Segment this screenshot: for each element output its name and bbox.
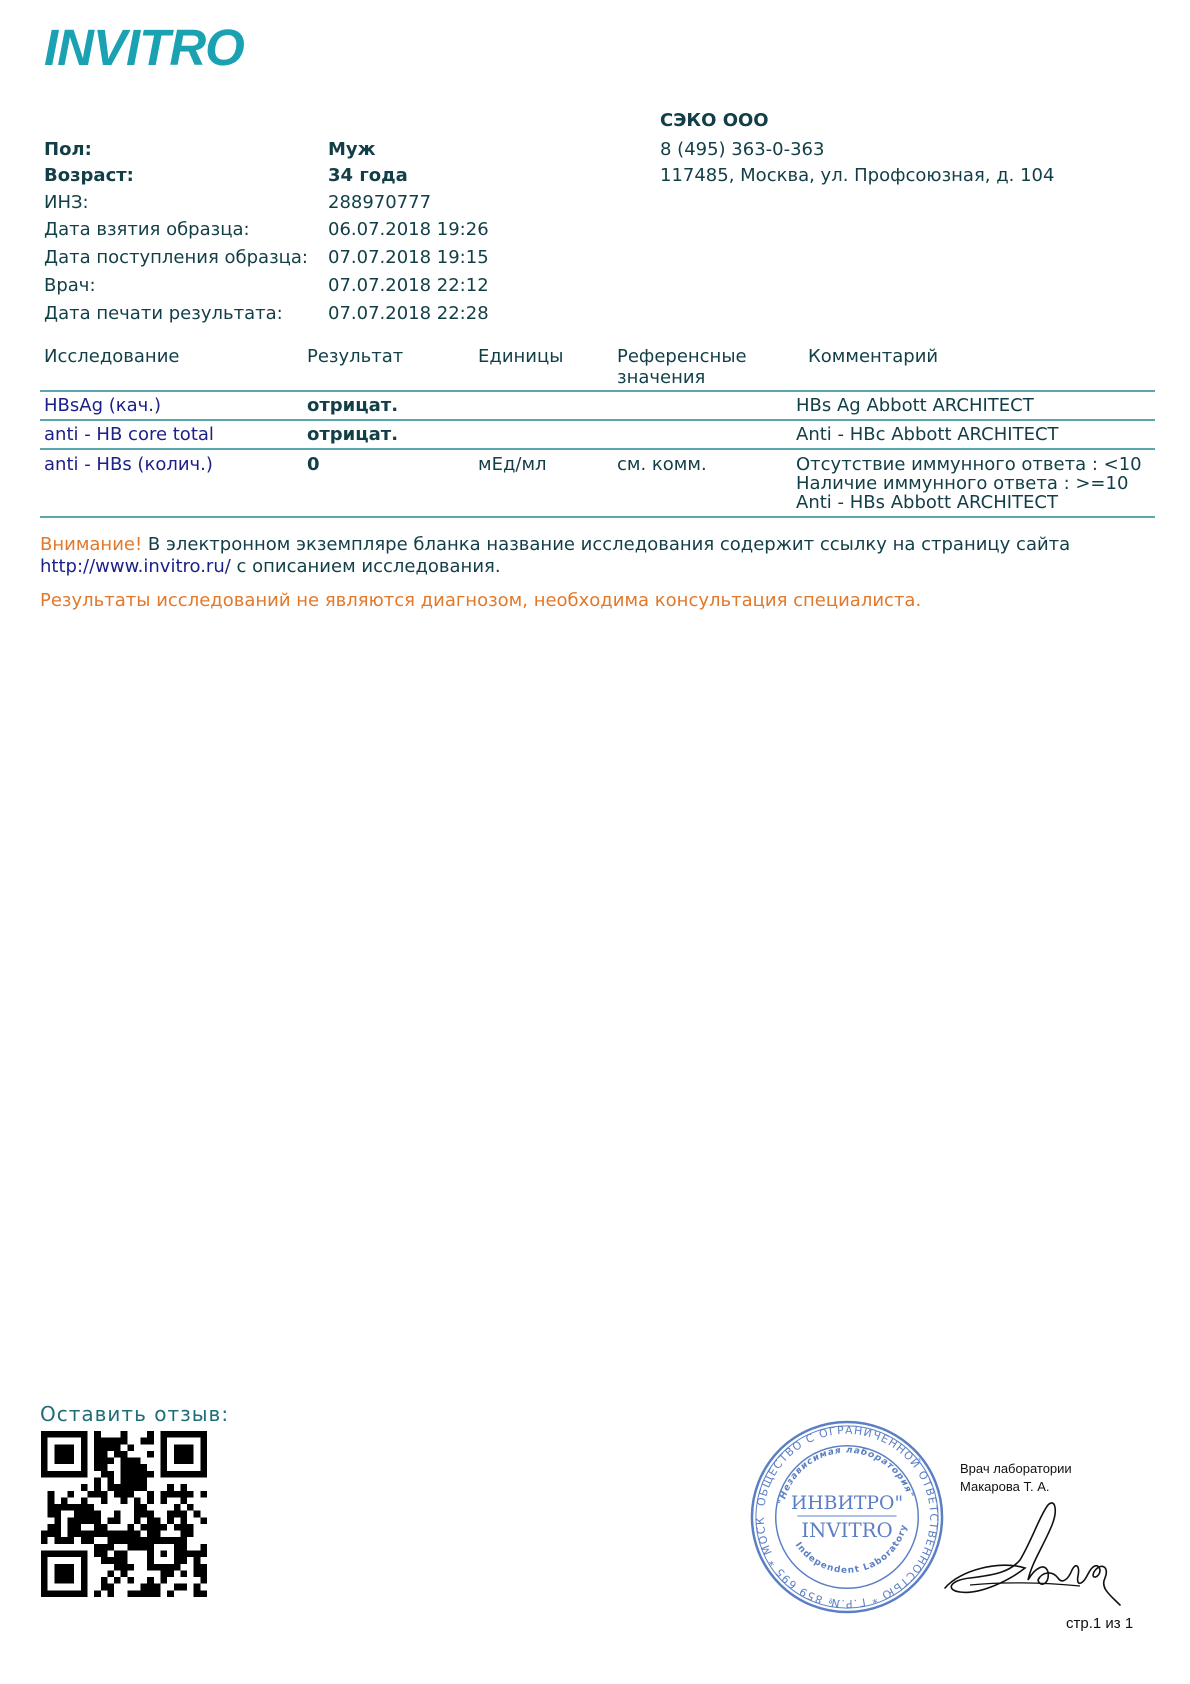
info-value: 07.07.2018 19:15 [328, 247, 489, 269]
attention-text: В электронном экземпляре бланка название… [142, 534, 1070, 555]
info-label: Дата печати результата: [44, 303, 283, 325]
column-header-units: Единицы [478, 346, 563, 367]
info-label: Дата взятия образца: [44, 219, 250, 241]
link-note: http://www.invitro.ru/ с описанием иссле… [40, 556, 501, 578]
attention-note: Внимание! В электронном экземпляре бланк… [40, 534, 1070, 556]
signer-block: Врач лаборатории Макарова Т. А. [960, 1460, 1072, 1496]
comment-line: Наличие иммунного ответа : >=10 [796, 474, 1128, 493]
laboratory-stamp: ОБЩЕСТВО С ОГРАНИЧЕННОЙ ОТВЕТСТВЕННОСТЬЮ… [748, 1418, 946, 1616]
info-label: Врач: [44, 275, 96, 297]
info-value: Муж [328, 139, 376, 161]
feedback-qr-code[interactable] [41, 1431, 207, 1597]
table-divider [40, 448, 1155, 450]
attention-label: Внимание! [40, 534, 142, 555]
invitro-site-link[interactable]: http://www.invitro.ru/ [40, 556, 231, 577]
signer-name: Макарова Т. А. [960, 1478, 1072, 1496]
info-value: 07.07.2018 22:28 [328, 303, 489, 325]
study-link[interactable]: anti - HB core total [44, 425, 214, 445]
organization-name: СЭКО ООО [660, 110, 769, 132]
study-link[interactable]: anti - HBs (колич.) [44, 455, 213, 475]
table-divider [40, 390, 1155, 392]
organization-address: 117485, Москва, ул. Профсоюзная, д. 104 [660, 165, 1054, 187]
column-header-comment: Комментарий [808, 346, 938, 367]
units-value: мЕд/мл [478, 455, 547, 475]
comment-line: Отсутствие иммунного ответа : <10 [796, 455, 1142, 474]
column-header-reference: Референсные значения [617, 346, 747, 388]
signer-title: Врач лаборатории [960, 1460, 1072, 1478]
info-label: ИНЗ: [44, 192, 89, 214]
info-label: Возраст: [44, 165, 134, 187]
table-divider [40, 419, 1155, 421]
result-value: отрицат. [307, 396, 398, 416]
column-header-reference-line2: значения [617, 367, 747, 388]
stamp-center-en: INVITRO [801, 1519, 893, 1542]
info-value: 34 года [328, 165, 408, 187]
page-indicator: стр.1 из 1 [1066, 1615, 1133, 1632]
info-label: Дата поступления образца: [44, 247, 308, 269]
column-header-result: Результат [307, 346, 403, 367]
comment-line: Anti - HBs Abbott ARCHITECT [796, 493, 1058, 512]
column-header-reference-line1: Референсные [617, 346, 747, 367]
invitro-logo: INVITRO [44, 22, 244, 73]
signature [940, 1500, 1140, 1610]
reference-value: см. комм. [617, 455, 707, 475]
organization-phone: 8 (495) 363-0-363 [660, 139, 824, 161]
column-header-study: Исследование [44, 346, 179, 367]
info-label: Пол: [44, 139, 92, 161]
result-value: отрицат. [307, 425, 398, 445]
info-value: 07.07.2018 22:12 [328, 275, 489, 297]
comment-line: HBs Ag Abbott ARCHITECT [796, 396, 1034, 416]
disclaimer: Результаты исследований не являются диаг… [40, 590, 921, 612]
result-value: 0 [307, 455, 320, 475]
feedback-label: Оставить отзыв: [40, 1402, 229, 1426]
info-value: 06.07.2018 19:26 [328, 219, 489, 241]
link-suffix: с описанием исследования. [231, 556, 501, 577]
comment-line: Anti - HBc Abbott ARCHITECT [796, 425, 1059, 445]
info-value: 288970777 [328, 192, 431, 214]
stamp-center-ru: ИНВИТРО" [791, 1493, 903, 1514]
table-divider [40, 516, 1155, 518]
study-link[interactable]: HBsAg (кач.) [44, 396, 161, 416]
